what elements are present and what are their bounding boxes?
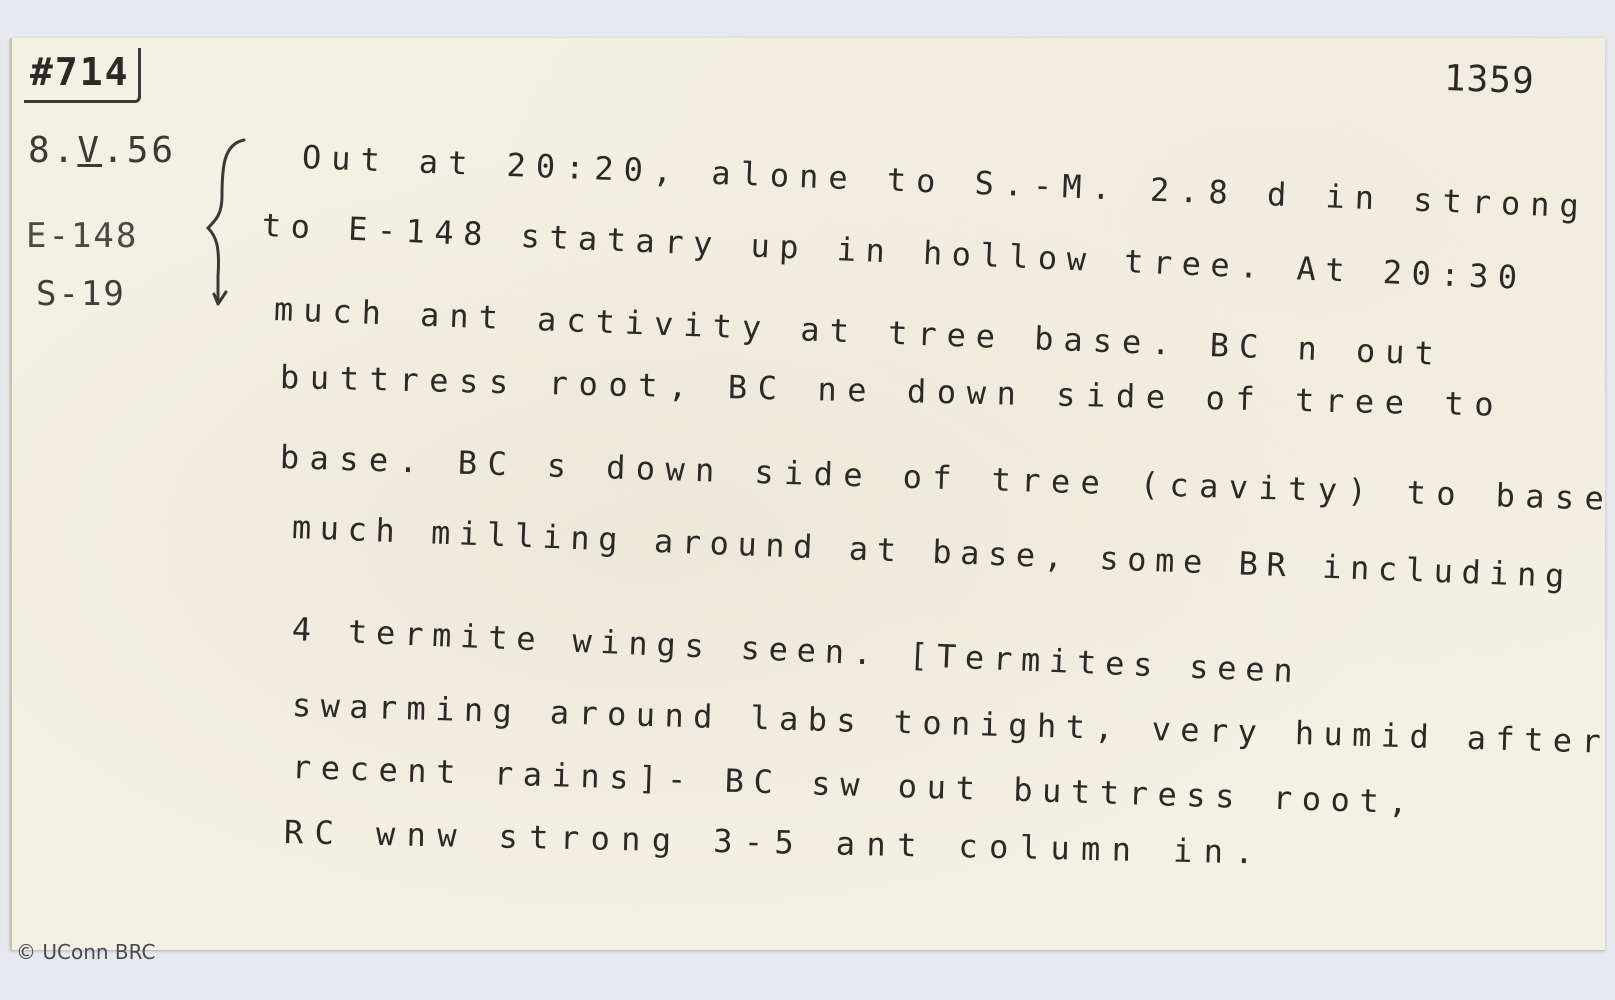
note-line: base. BC s down side of tree (cavity) to… <box>279 438 1615 519</box>
date-year: 56 <box>127 130 176 171</box>
date-month-roman: V <box>77 130 102 171</box>
date-day: 8 <box>28 130 53 171</box>
note-line: swarming around labs tonight, very humid… <box>291 686 1610 761</box>
card-number: #714 <box>24 48 141 103</box>
note-line: to E-148 statary up in hollow tree. At 2… <box>261 206 1527 297</box>
observation-date: 8.V.56 <box>28 130 176 171</box>
date-separator: . <box>53 130 78 171</box>
note-line: much milling around at base, some BR inc… <box>291 508 1573 595</box>
note-line: 4 termite wings seen. [Termites seen <box>291 610 1302 690</box>
note-line: RC wnw strong 3-5 ant column in. <box>284 813 1266 872</box>
note-line: much ant activity at tree base. BC n out <box>273 290 1444 373</box>
curly-brace-icon <box>202 136 252 308</box>
date-separator: . <box>102 130 127 171</box>
location-code-site: S-19 <box>36 274 126 314</box>
copyright-notice: © UConn BRC <box>16 940 156 964</box>
note-line: recent rains]- BC sw out buttress root, <box>291 748 1417 821</box>
note-line: Out at 20:20, alone to S.-M. 2.8 d in st… <box>301 138 1589 225</box>
field-note-card: #714 1359 8.V.56 E-148 S-19 Out at 20:20… <box>10 38 1605 950</box>
location-code-colony: E-148 <box>26 216 138 256</box>
page-number: 1359 <box>1444 58 1536 102</box>
